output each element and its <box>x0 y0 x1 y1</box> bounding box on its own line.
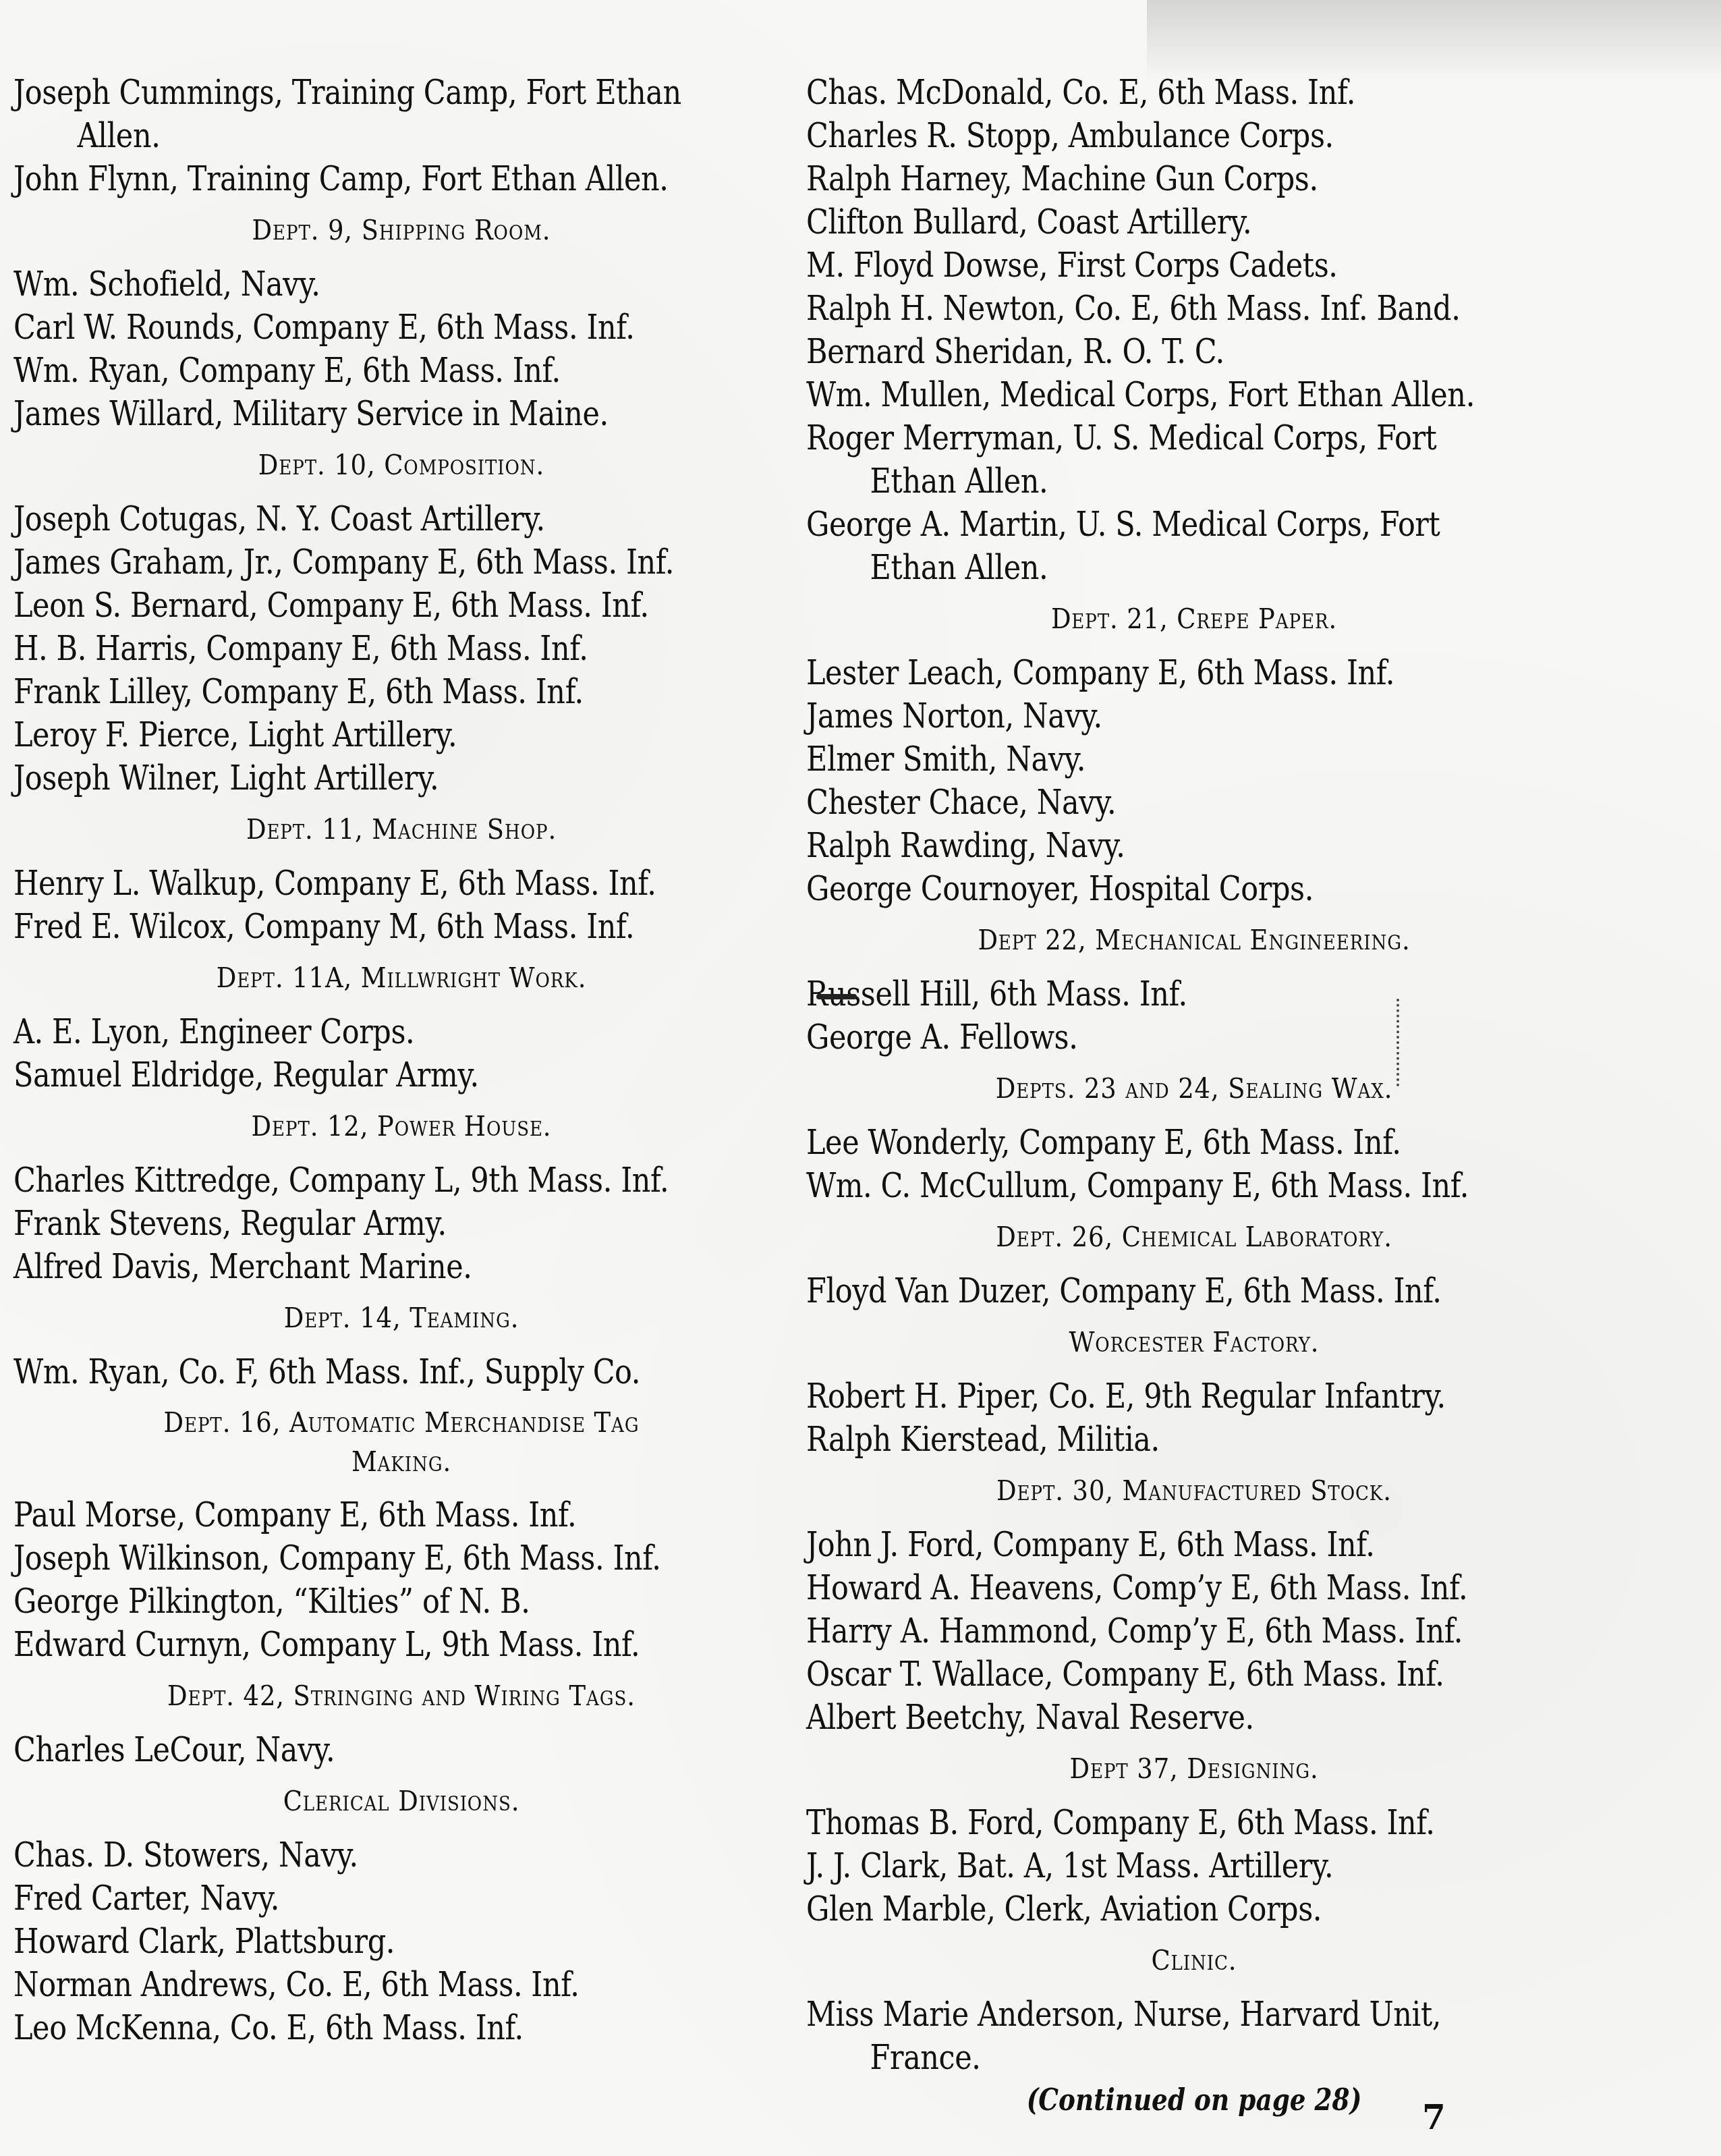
heading-text: Dept. 21, Crepe Paper. <box>1051 603 1337 635</box>
roster-entry: Joseph Cotugas, N. Y. Coast Artillery. <box>13 497 681 541</box>
section-heading: Depts. 23 and 24, Sealing Wax. <box>845 1068 1544 1109</box>
entry-text: Wm. Ryan, Co. F, 6th Mass. Inf., Supply … <box>13 1352 640 1391</box>
roster-entry: Charles Kittredge, Company L, 9th Mass. … <box>13 1159 681 1202</box>
roster-entry: Chas. McDonald, Co. E, 6th Mass. Inf. <box>806 71 1473 114</box>
entry-text: George Pilkington, “Kilties” of N. B. <box>13 1582 530 1621</box>
entry-text: Leo McKenna, Co. E, 6th Mass. Inf. <box>13 2008 524 2047</box>
entry-text: Frank Lilley, Company E, 6th Mass. Inf. <box>13 672 584 711</box>
roster-entry: Elmer Smith, Navy. <box>806 738 1473 781</box>
section-heading: Dept. 42, Stringing and Wiring Tags. <box>53 1676 751 1716</box>
entry-continuation: Ethan Allen. <box>806 546 1473 589</box>
roster-entry: Chas. D. Stowers, Navy. <box>13 1833 681 1877</box>
entry-text: Leon S. Bernard, Company E, 6th Mass. In… <box>13 586 649 625</box>
entry-text: Bernard Sheridan, R. O. T. C. <box>806 332 1224 371</box>
entry-text: Howard A. Heavens, Comp’y E, 6th Mass. I… <box>806 1568 1467 1607</box>
roster-entry: Ralph Kierstead, Militia. <box>806 1418 1473 1461</box>
entry-text: Russell Hill, 6th Mass. Inf. <box>806 974 1187 1014</box>
entry-text: Wm. Mullen, Medical Corps, Fort Ethan Al… <box>806 375 1475 414</box>
section-heading: Dept. 9, Shipping Room. <box>53 210 751 250</box>
entry-text: Edward Curnyn, Company L, 9th Mass. Inf. <box>13 1625 640 1664</box>
entry-text: James Graham, Jr., Company E, 6th Mass. … <box>13 543 674 582</box>
section-heading: Clinic. <box>845 1940 1544 1981</box>
entry-text: Ralph Harney, Machine Gun Corps. <box>806 159 1318 198</box>
roster-entry: Paul Morse, Company E, 6th Mass. Inf. <box>13 1493 681 1537</box>
ink-dotted-marks <box>1396 999 1402 1086</box>
roster-entry: Carl W. Rounds, Company E, 6th Mass. Inf… <box>13 306 681 349</box>
entry-text: Norman Andrews, Co. E, 6th Mass. Inf. <box>13 1965 579 2004</box>
roster-entry: Thomas B. Ford, Company E, 6th Mass. Inf… <box>806 1801 1473 1844</box>
entry-continuation: Ethan Allen. <box>806 460 1473 503</box>
roster-entry: Ralph Rawding, Navy. <box>806 824 1473 867</box>
roster-entry: Howard Clark, Plattsburg. <box>13 1920 681 1963</box>
entry-text: Oscar T. Wallace, Company E, 6th Mass. I… <box>806 1655 1444 1694</box>
roster-entry: Joseph Wilner, Light Artillery. <box>13 756 681 800</box>
heading-text: Dept. 11, Machine Shop. <box>246 813 557 846</box>
entry-text: Wm. C. McCullum, Company E, 6th Mass. In… <box>806 1166 1469 1205</box>
heading-text: Worcester Factory. <box>1069 1326 1320 1358</box>
page-number: 7 <box>1422 2097 1446 2137</box>
roster-entry: Edward Curnyn, Company L, 9th Mass. Inf. <box>13 1623 681 1666</box>
roster-entry: Miss Marie Anderson, Nurse, Harvard Unit… <box>806 1993 1473 2079</box>
entry-text: Miss Marie Anderson, Nurse, Harvard Unit… <box>806 1995 1441 2034</box>
roster-entry: Henry L. Walkup, Company E, 6th Mass. In… <box>13 862 681 905</box>
heading-text: Dept. 26, Chemical Laboratory. <box>996 1221 1392 1253</box>
section-heading: Dept. 10, Composition. <box>53 445 751 485</box>
section-heading: Dept 22, Mechanical Engineering. <box>845 920 1544 960</box>
entry-text: A. E. Lyon, Engineer Corps. <box>13 1012 414 1051</box>
roster-entry: Frank Stevens, Regular Army. <box>13 1202 681 1245</box>
section-heading: Dept. 11, Machine Shop. <box>53 809 751 850</box>
roster-entry: Frank Lilley, Company E, 6th Mass. Inf. <box>13 670 681 713</box>
entry-text: James Willard, Military Service in Maine… <box>13 394 609 433</box>
entry-text: Paul Morse, Company E, 6th Mass. Inf. <box>13 1495 576 1535</box>
entry-text: Charles R. Stopp, Ambulance Corps. <box>806 116 1334 155</box>
heading-continuation: Making. <box>53 1442 751 1481</box>
left-column: Joseph Cummings, Training Camp, Fort Eth… <box>13 71 789 2049</box>
roster-entry: Clifton Bullard, Coast Artillery. <box>806 200 1473 244</box>
roster-entry: George A. Martin, U. S. Medical Corps, F… <box>806 503 1473 589</box>
roster-entry: Leroy F. Pierce, Light Artillery. <box>13 713 681 756</box>
entry-text: Joseph Cotugas, N. Y. Coast Artillery. <box>13 499 545 538</box>
roster-entry: Glen Marble, Clerk, Aviation Corps. <box>806 1887 1473 1931</box>
section-heading: Dept. 30, Manufactured Stock. <box>845 1470 1544 1511</box>
roster-entry: M. Floyd Dowse, First Corps Cadets. <box>806 244 1473 287</box>
roster-entry: Joseph Cummings, Training Camp, Fort Eth… <box>13 71 681 157</box>
roster-entry: Alfred Davis, Merchant Marine. <box>13 1245 681 1288</box>
entry-text: Fred E. Wilcox, Company M, 6th Mass. Inf… <box>13 907 634 946</box>
entry-text: Frank Stevens, Regular Army. <box>13 1204 447 1243</box>
section-heading: Clerical Divisions. <box>53 1781 751 1821</box>
roster-entry: Howard A. Heavens, Comp’y E, 6th Mass. I… <box>806 1566 1473 1609</box>
entry-text: James Norton, Navy. <box>806 696 1102 736</box>
section-heading: Dept 37, Designing. <box>845 1748 1544 1789</box>
roster-entry: Wm. Ryan, Co. F, 6th Mass. Inf., Supply … <box>13 1350 681 1393</box>
section-heading: Dept. 12, Power House. <box>53 1106 751 1146</box>
heading-text: Dept. 42, Stringing and Wiring Tags. <box>167 1680 636 1712</box>
roster-entry: Leon S. Bernard, Company E, 6th Mass. In… <box>13 584 681 627</box>
entry-text: Clifton Bullard, Coast Artillery. <box>806 202 1251 242</box>
entry-text: Leroy F. Pierce, Light Artillery. <box>13 715 457 754</box>
entry-text: Lee Wonderly, Company E, 6th Mass. Inf. <box>806 1123 1401 1162</box>
entry-text: Henry L. Walkup, Company E, 6th Mass. In… <box>13 864 656 903</box>
heading-text: Dept. 10, Composition. <box>258 449 544 481</box>
entry-text: Roger Merryman, U. S. Medical Corps, For… <box>806 418 1436 458</box>
roster-entry: H. B. Harris, Company E, 6th Mass. Inf. <box>13 627 681 670</box>
roster-entry: J. J. Clark, Bat. A, 1st Mass. Artillery… <box>806 1844 1473 1887</box>
entry-text: Samuel Eldridge, Regular Army. <box>13 1055 479 1095</box>
roster-entry: Russell Hill, 6th Mass. Inf. <box>806 972 1473 1016</box>
entry-text: Joseph Wilkinson, Company E, 6th Mass. I… <box>13 1539 660 1578</box>
entry-text: Robert H. Piper, Co. E, 9th Regular Infa… <box>806 1377 1446 1416</box>
entry-text: Howard Clark, Plattsburg. <box>13 1922 395 1961</box>
heading-text: Dept. 16, Automatic Merchandise Tag <box>163 1406 639 1439</box>
entry-text: Ralph Rawding, Navy. <box>806 826 1125 865</box>
entry-text: H. B. Harris, Company E, 6th Mass. Inf. <box>13 629 588 668</box>
heading-text: Dept 22, Mechanical Engineering. <box>978 924 1410 956</box>
entry-text: George A. Fellows. <box>806 1018 1077 1057</box>
heading-text: Dept. 30, Manufactured Stock. <box>996 1474 1392 1507</box>
roster-entry: Albert Beetchy, Naval Reserve. <box>806 1696 1473 1739</box>
roster-entry: John J. Ford, Company E, 6th Mass. Inf. <box>806 1523 1473 1566</box>
section-heading: Dept. 14, Teaming. <box>53 1298 751 1338</box>
roster-entry: Norman Andrews, Co. E, 6th Mass. Inf. <box>13 1963 681 2006</box>
entry-text: M. Floyd Dowse, First Corps Cadets. <box>806 246 1338 285</box>
roster-entry: John Flynn, Training Camp, Fort Ethan Al… <box>13 157 681 200</box>
roster-entry: Charles LeCour, Navy. <box>13 1728 681 1771</box>
roster-entry: George A. Fellows. <box>806 1016 1473 1059</box>
roster-entry: Wm. C. McCullum, Company E, 6th Mass. In… <box>806 1164 1473 1207</box>
entry-text: Chas. D. Stowers, Navy. <box>13 1835 358 1875</box>
heading-text: Dept. 14, Teaming. <box>284 1302 519 1334</box>
entry-text: Ralph Kierstead, Militia. <box>806 1420 1160 1459</box>
section-heading: Worcester Factory. <box>845 1322 1544 1362</box>
entry-text: Joseph Cummings, Training Camp, Fort Eth… <box>13 73 681 112</box>
heading-text: Clerical Divisions. <box>283 1785 520 1817</box>
roster-entry: Oscar T. Wallace, Company E, 6th Mass. I… <box>806 1653 1473 1696</box>
heading-text: Dept. 12, Power House. <box>251 1110 551 1142</box>
entry-continuation: France. <box>806 2036 1473 2079</box>
roster-entry: Lee Wonderly, Company E, 6th Mass. Inf. <box>806 1121 1473 1164</box>
roster-entry: Lester Leach, Company E, 6th Mass. Inf. <box>806 651 1473 694</box>
entry-text: Joseph Wilner, Light Artillery. <box>13 758 439 798</box>
roster-entry: Joseph Wilkinson, Company E, 6th Mass. I… <box>13 1537 681 1580</box>
section-heading: Dept. 21, Crepe Paper. <box>845 599 1544 639</box>
roster-entry: Bernard Sheridan, R. O. T. C. <box>806 330 1473 373</box>
roster-entry: Charles R. Stopp, Ambulance Corps. <box>806 114 1473 157</box>
entry-text: Glen Marble, Clerk, Aviation Corps. <box>806 1889 1322 1929</box>
roster-entry: James Willard, Military Service in Maine… <box>13 392 681 435</box>
roster-entry: Chester Chace, Navy. <box>806 781 1473 824</box>
entry-text: Chester Chace, Navy. <box>806 783 1116 822</box>
entry-text: Chas. McDonald, Co. E, 6th Mass. Inf. <box>806 73 1355 112</box>
roster-entry: James Graham, Jr., Company E, 6th Mass. … <box>13 541 681 584</box>
roster-entry: Samuel Eldridge, Regular Army. <box>13 1053 681 1097</box>
scanned-page: Joseph Cummings, Training Camp, Fort Eth… <box>0 0 1721 2156</box>
roster-entry: Fred E. Wilcox, Company M, 6th Mass. Inf… <box>13 905 681 948</box>
entry-text: John Flynn, Training Camp, Fort Ethan Al… <box>13 159 669 198</box>
entry-text: John J. Ford, Company E, 6th Mass. Inf. <box>806 1525 1374 1564</box>
entry-text: J. J. Clark, Bat. A, 1st Mass. Artillery… <box>806 1846 1333 1885</box>
entry-text: Lester Leach, Company E, 6th Mass. Inf. <box>806 653 1394 692</box>
roster-entry: Ralph Harney, Machine Gun Corps. <box>806 157 1473 200</box>
entry-text: Ralph H. Newton, Co. E, 6th Mass. Inf. B… <box>806 289 1460 328</box>
roster-entry: George Pilkington, “Kilties” of N. B. <box>13 1580 681 1623</box>
entry-text: Carl W. Rounds, Company E, 6th Mass. Inf… <box>13 308 634 347</box>
entry-text: Floyd Van Duzer, Company E, 6th Mass. In… <box>806 1271 1441 1310</box>
heading-text: Dept 37, Designing. <box>1069 1752 1318 1785</box>
entry-text: Fred Carter, Navy. <box>13 1879 279 1918</box>
entry-text: Harry A. Hammond, Comp’y E, 6th Mass. In… <box>806 1611 1463 1651</box>
section-heading: Dept. 16, Automatic Merchandise TagMakin… <box>53 1403 751 1481</box>
roster-entry: Leo McKenna, Co. E, 6th Mass. Inf. <box>13 2006 681 2049</box>
roster-entry: Roger Merryman, U. S. Medical Corps, For… <box>806 416 1473 503</box>
entry-text: Elmer Smith, Navy. <box>806 740 1085 779</box>
right-column: Chas. McDonald, Co. E, 6th Mass. Inf.Cha… <box>806 71 1582 2118</box>
section-heading: Dept. 11A, Millwright Work. <box>53 958 751 998</box>
roster-entry: Fred Carter, Navy. <box>13 1877 681 1920</box>
roster-entry: James Norton, Navy. <box>806 694 1473 738</box>
roster-entry: Robert H. Piper, Co. E, 9th Regular Infa… <box>806 1375 1473 1418</box>
roster-entry: Wm. Mullen, Medical Corps, Fort Ethan Al… <box>806 373 1473 416</box>
roster-entry: Harry A. Hammond, Comp’y E, 6th Mass. In… <box>806 1609 1473 1653</box>
entry-text: Alfred Davis, Merchant Marine. <box>13 1247 472 1286</box>
entry-text: George Cournoyer, Hospital Corps. <box>806 869 1314 908</box>
heading-text: Dept. 11A, Millwright Work. <box>217 962 587 994</box>
entry-text: Wm. Ryan, Company E, 6th Mass. Inf. <box>13 351 561 390</box>
ink-dash-mark <box>816 994 857 999</box>
roster-entry: Wm. Schofield, Navy. <box>13 262 681 306</box>
roster-entry: Ralph H. Newton, Co. E, 6th Mass. Inf. B… <box>806 287 1473 330</box>
roster-entry: George Cournoyer, Hospital Corps. <box>806 867 1473 910</box>
entry-text: Charles LeCour, Navy. <box>13 1730 335 1769</box>
scan-smudge <box>1147 0 1721 81</box>
roster-entry: A. E. Lyon, Engineer Corps. <box>13 1010 681 1053</box>
entry-continuation: Allen. <box>13 114 681 157</box>
heading-text: Depts. 23 and 24, Sealing Wax. <box>996 1072 1393 1105</box>
section-heading: Dept. 26, Chemical Laboratory. <box>845 1217 1544 1257</box>
heading-text: Dept. 9, Shipping Room. <box>252 214 551 246</box>
heading-text: Clinic. <box>1151 1944 1237 1977</box>
roster-entry: Wm. Ryan, Company E, 6th Mass. Inf. <box>13 349 681 392</box>
entry-text: Wm. Schofield, Navy. <box>13 265 320 304</box>
entry-text: Albert Beetchy, Naval Reserve. <box>806 1698 1254 1737</box>
entry-text: George A. Martin, U. S. Medical Corps, F… <box>806 505 1440 544</box>
roster-entry: Floyd Van Duzer, Company E, 6th Mass. In… <box>806 1269 1473 1312</box>
entry-text: Charles Kittredge, Company L, 9th Mass. … <box>13 1161 669 1200</box>
entry-text: Thomas B. Ford, Company E, 6th Mass. Inf… <box>806 1803 1434 1842</box>
